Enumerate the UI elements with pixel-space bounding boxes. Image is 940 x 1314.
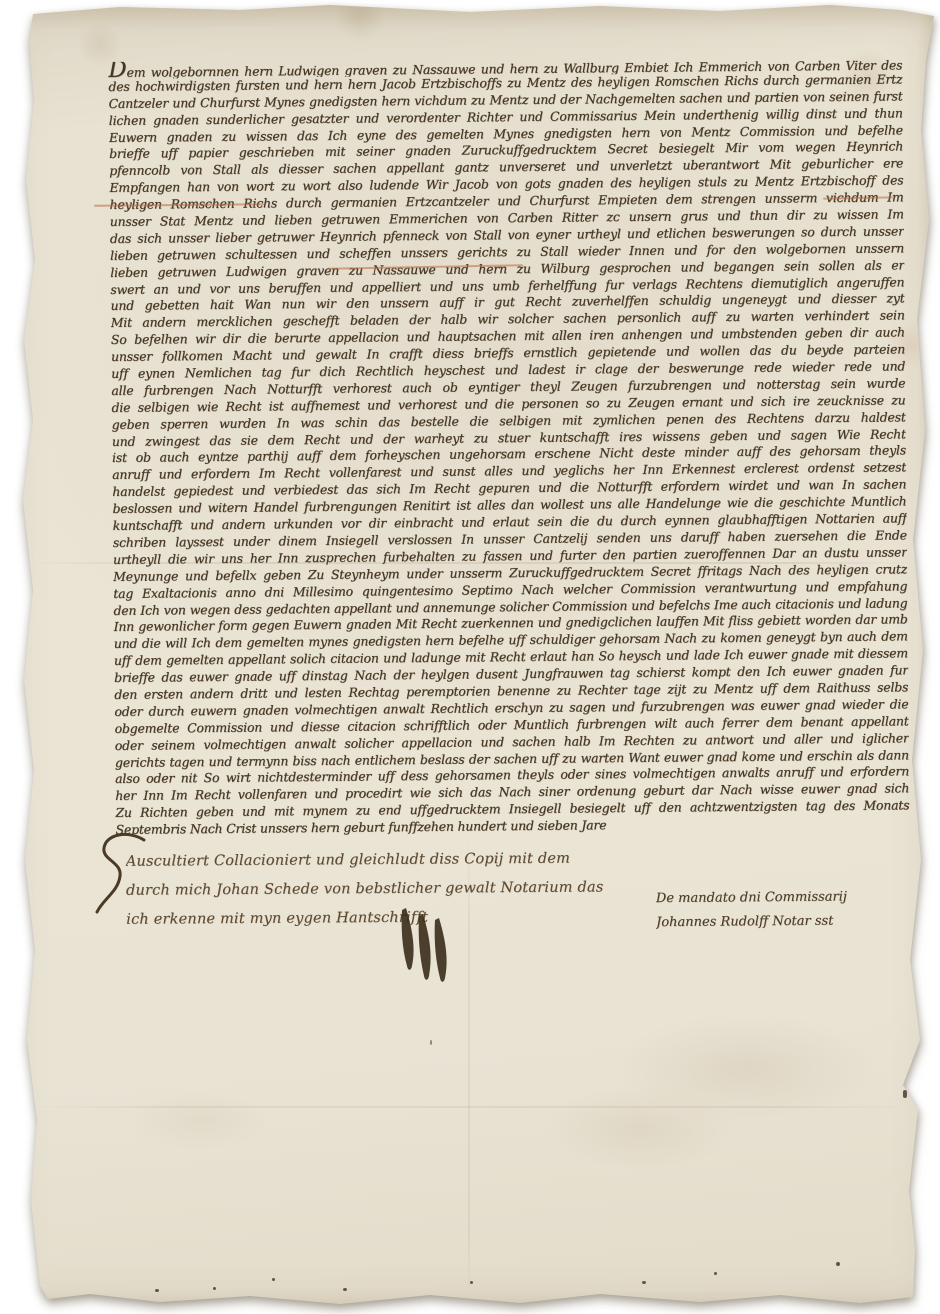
mandate-line: De mandato dni Commissarij supradicti — [656, 885, 916, 911]
attestation-line: ich erkenne mit myn eygen Hantschrifft — [126, 902, 626, 934]
notary-attestation: Auscultiert Collacioniert und gleichludt… — [126, 844, 627, 934]
mandate-subscription: De mandato dni Commissarij supradictiJoh… — [656, 885, 916, 935]
attestation-initial-flourish — [92, 832, 152, 917]
manuscript-photo: Dem wolgebornnen hern Ludwigen graven zu… — [0, 0, 940, 1314]
ink-speck — [642, 1281, 646, 1284]
paper-shadow-wrap: Dem wolgebornnen hern Ludwigen graven zu… — [0, 0, 940, 1314]
mandate-line: Johannes Rudolff Notar sst — [656, 909, 916, 935]
manuscript-body-text: Dem wolgebornnen hern Ludwigen graven zu… — [108, 54, 909, 839]
ink-speck — [343, 1288, 347, 1291]
ink-speck — [155, 1289, 159, 1292]
edge-tear-mark — [903, 1090, 907, 1098]
fold-crease-horizontal-1 — [26, 562, 920, 564]
ink-speck — [272, 1278, 275, 1281]
ink-speck — [714, 1272, 717, 1275]
ink-speck — [836, 1262, 840, 1266]
fold-crease-vertical — [468, 835, 470, 1300]
attestation-line: Auscultiert Collacioniert und gleichludt… — [126, 844, 626, 876]
notary-paraph — [396, 906, 476, 996]
ink-speck — [213, 1287, 216, 1290]
ink-speck — [430, 1040, 432, 1045]
fold-crease-horizontal-2 — [30, 1106, 912, 1108]
ink-speck — [470, 1281, 473, 1284]
attestation-line: durch mich Johan Schede von bebstlicher … — [126, 873, 626, 905]
manuscript-page: Dem wolgebornnen hern Ludwigen graven zu… — [0, 0, 940, 1314]
